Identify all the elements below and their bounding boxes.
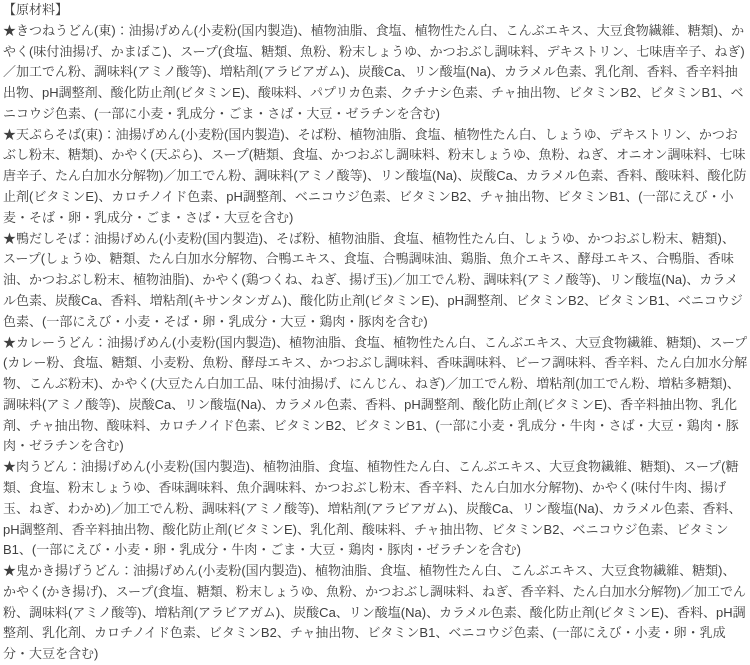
- product-name-label: ★鴨だしそば：: [3, 231, 94, 246]
- ingredient-section-niku-udon: ★肉うどん：油揚げめん(小麦粉(国内製造)、植物油脂、食塩、植物性たん白、こんぶ…: [3, 457, 748, 561]
- ingredient-section-tempura-soba: ★天ぷらそば(東)：油揚げめん(小麦粉(国内製造)、そば粉、植物油脂、食塩、植物…: [3, 125, 748, 229]
- product-name-label: ★天ぷらそば(東)：: [3, 127, 116, 142]
- product-name-label: ★肉うどん：: [3, 459, 81, 474]
- product-name-label: ★鬼かき揚げうどん：: [3, 563, 133, 578]
- product-name-label: ★カレーうどん：: [3, 335, 107, 350]
- ingredient-section-kamodashi-soba: ★鴨だしそば：油揚げめん(小麦粉(国内製造)、そば粉、植物油脂、食塩、植物性たん…: [3, 229, 748, 333]
- ingredient-section-oni-kakiage-udon: ★鬼かき揚げうどん：油揚げめん(小麦粉(国内製造)、植物油脂、食塩、植物性たん白…: [3, 561, 748, 665]
- ingredient-section-kitsune-udon: ★きつねうどん(東)：油揚げめん(小麦粉(国内製造)、植物油脂、食塩、植物性たん…: [3, 21, 748, 125]
- ingredient-text: 油揚げめん(小麦粉(国内製造)、植物油脂、食塩、植物性たん白、こんぶエキス、大豆…: [3, 335, 747, 454]
- ingredients-document: 【原材料】 ★きつねうどん(東)：油揚げめん(小麦粉(国内製造)、植物油脂、食塩…: [0, 0, 750, 665]
- ingredient-text: 油揚げめん(小麦粉(国内製造)、植物油脂、食塩、植物性たん白、こんぶエキス、大豆…: [3, 459, 742, 557]
- ingredient-section-curry-udon: ★カレーうどん：油揚げめん(小麦粉(国内製造)、植物油脂、食塩、植物性たん白、こ…: [3, 333, 748, 458]
- ingredients-heading: 【原材料】: [3, 0, 748, 21]
- ingredient-text: 油揚げめん(小麦粉(国内製造)、そば粉、植物油脂、食塩、植物性たん白、しょうゆ、…: [3, 231, 743, 329]
- product-name-label: ★きつねうどん(東)：: [3, 23, 129, 38]
